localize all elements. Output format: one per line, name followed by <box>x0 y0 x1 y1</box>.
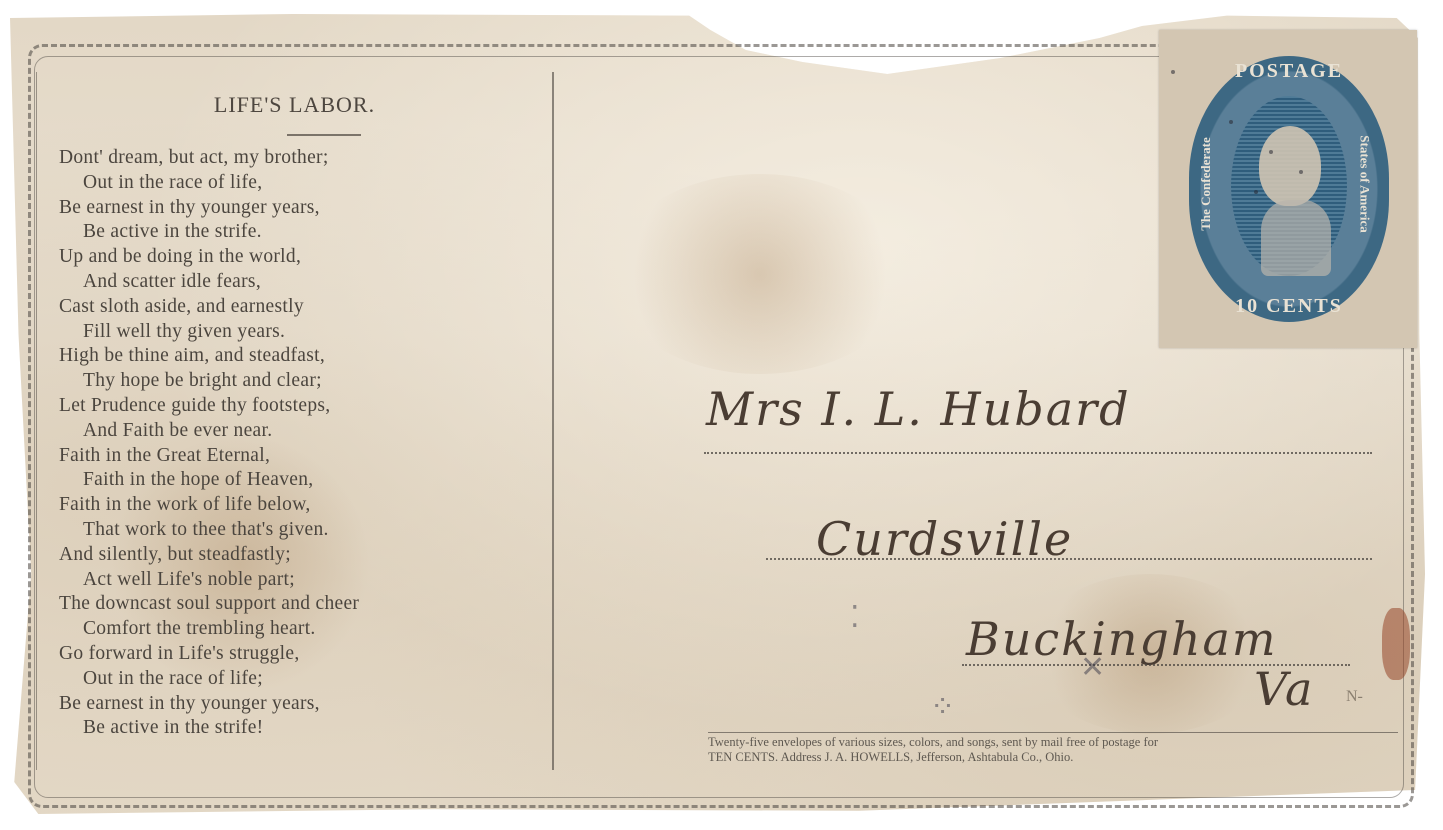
portrait-bust-icon <box>1261 200 1331 276</box>
address-county: Buckingham <box>966 612 1278 666</box>
cancel-mark <box>1299 170 1303 174</box>
poem-line: Be active in the strife. <box>59 220 549 245</box>
postmark-fragment: ✕ <box>1080 650 1105 685</box>
stamp-right-text: States of America <box>1356 135 1372 232</box>
stamp-top-text: POSTAGE <box>1189 60 1389 83</box>
title-rule <box>287 134 361 136</box>
poem-line: And silently, but steadfastly; <box>59 543 549 568</box>
address-tail-mark: N- <box>1346 688 1363 706</box>
address-line-2 <box>766 558 1372 560</box>
stamp-denomination: 10 CENTS <box>1189 295 1389 318</box>
address-line-1 <box>704 452 1372 454</box>
poem-line: Act well Life's noble part; <box>59 568 549 593</box>
poem-line: Fill well thy given years. <box>59 320 549 345</box>
cancel-mark <box>1229 120 1233 124</box>
poem-line: Go forward in Life's struggle, <box>59 642 549 667</box>
poem-line: Be earnest in thy younger years, <box>59 692 549 717</box>
poem-line: Faith in the hope of Heaven, <box>59 468 549 493</box>
poem-line: That work to thee that's given. <box>59 518 549 543</box>
poem-line: High be thine aim, and steadfast, <box>59 344 549 369</box>
poem-line: Faith in the work of life below, <box>59 493 549 518</box>
poem-line: Thy hope be bright and clear; <box>59 369 549 394</box>
poem-line: Be earnest in thy younger years, <box>59 196 549 221</box>
portrait-oval <box>1231 96 1347 276</box>
poem-text: Dont' dream, but act, my brother;Out in … <box>59 146 549 741</box>
poem-line: Faith in the Great Eternal, <box>59 444 549 469</box>
postmark-fragment: ⁘ <box>930 690 955 725</box>
postmark-fragment: ⁚ <box>850 600 860 635</box>
poem-line: Out in the race of life, <box>59 171 549 196</box>
cancel-mark <box>1269 150 1273 154</box>
address-state: Va <box>1254 662 1314 716</box>
cancel-mark <box>1254 190 1258 194</box>
postage-stamp: POSTAGE The Confederate States of Americ… <box>1159 30 1417 348</box>
publisher-imprint: Twenty-five envelopes of various sizes, … <box>708 732 1398 765</box>
poem-line: Dont' dream, but act, my brother; <box>59 146 549 171</box>
addressee-name: Mrs I. L. Hubard <box>706 382 1131 436</box>
poem-line: Comfort the trembling heart. <box>59 617 549 642</box>
poem-title: LIFE'S LABOR. <box>37 92 552 118</box>
portrait-head-icon <box>1259 126 1321 206</box>
cancel-mark <box>1171 70 1175 74</box>
poem-line: Let Prudence guide thy footsteps, <box>59 394 549 419</box>
poem-line: And Faith be ever near. <box>59 419 549 444</box>
poem-line: Be active in the strife! <box>59 716 549 741</box>
imprint-line-1: Twenty-five envelopes of various sizes, … <box>708 735 1398 750</box>
poem-line: Up and be doing in the world, <box>59 245 549 270</box>
poem-panel: LIFE'S LABOR. Dont' dream, but act, my b… <box>36 72 554 770</box>
poem-line: Out in the race of life; <box>59 667 549 692</box>
poem-line: The downcast soul support and cheer <box>59 592 549 617</box>
stamp-frame: POSTAGE The Confederate States of Americ… <box>1189 56 1389 322</box>
poem-line: Cast sloth aside, and earnestly <box>59 295 549 320</box>
stamp-left-text: The Confederate <box>1198 137 1214 231</box>
imprint-line-2: TEN CENTS. Address J. A. HOWELLS, Jeffer… <box>708 750 1398 765</box>
poem-line: And scatter idle fears, <box>59 270 549 295</box>
rust-stain <box>1382 608 1410 680</box>
